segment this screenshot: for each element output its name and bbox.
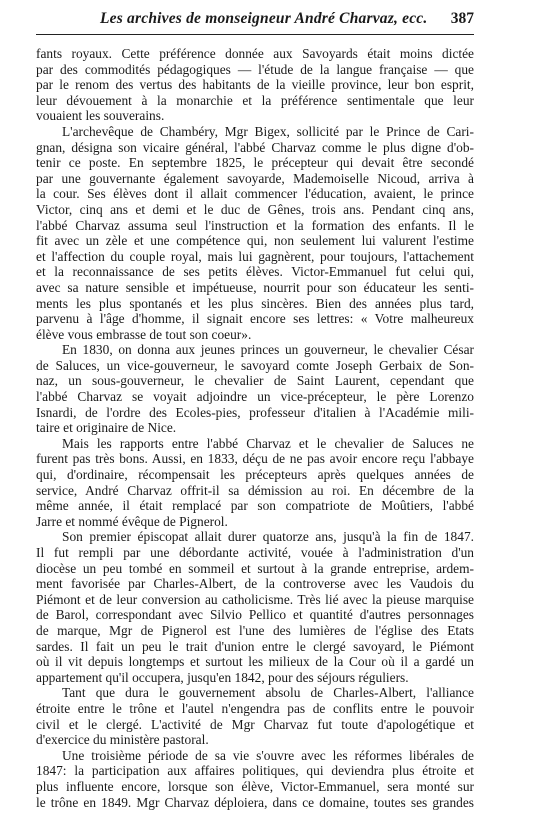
text-line: fants royaux. Cette préférence donnée au… xyxy=(36,46,474,62)
page-number: 387 xyxy=(451,10,474,28)
text-line: 1847: la participation aux affaires poli… xyxy=(36,763,474,779)
text-line: même année, il était remplacé par son co… xyxy=(36,498,474,514)
text-line: ment favorisée par Charles-Albert, de la… xyxy=(36,576,474,592)
text-line: Tant que dura le gouvernement absolu de … xyxy=(36,685,474,701)
text-line: l'abbé Charvaz assuma seul l'instruction… xyxy=(36,218,474,234)
text-line: qui, d'ordinaire, récompensait les préce… xyxy=(36,467,474,483)
text-line: taire et originaire de Nice. xyxy=(36,420,474,436)
text-line: le trône en 1849. Mgr Charvaz déploiera,… xyxy=(36,795,474,811)
text-line: service, André Charvaz offrit-il sa démi… xyxy=(36,483,474,499)
text-line: vouaient les souverains. xyxy=(36,108,474,124)
text-line: furent pas très bons. Aussi, en 1833, dé… xyxy=(36,451,474,467)
text-line: de marque, Mgr de Pignerol est l'une des… xyxy=(36,623,474,639)
text-line: fit avec un zèle et une compétence qui, … xyxy=(36,233,474,249)
text-line: En 1830, on donna aux jeunes princes un … xyxy=(36,342,474,358)
text-line: par une gouvernante également savoyarde,… xyxy=(36,171,474,187)
text-line: par le renom des vertus des habitants de… xyxy=(36,77,474,93)
text-line: Il fut rempli par une débordante activit… xyxy=(36,545,474,561)
text-line: de Barol, correspondant avec Silvio Pell… xyxy=(36,607,474,623)
running-header: Les archives de monseigneur André Charva… xyxy=(36,8,474,30)
text-line: par des commodités pédagogiques — l'étud… xyxy=(36,62,474,78)
text-line: plus influente encore, lorsque son élève… xyxy=(36,779,474,795)
text-line: et l'affection du couple royal, mais lui… xyxy=(36,249,474,265)
text-line: l'abbé Charvaz se voyait adjoindre un vi… xyxy=(36,389,474,405)
text-line: la cour. Ses élèves dont il allait comme… xyxy=(36,186,474,202)
text-line: Victor, cinq ans et demi et le duc de Gê… xyxy=(36,202,474,218)
text-line: de Saluces, un vice-gouverneur, le savoy… xyxy=(36,358,474,374)
text-line: Jarre et nommé évêque de Pignerol. xyxy=(36,514,474,530)
text-line: naz, un sous-gouverneur, le chevalier de… xyxy=(36,373,474,389)
text-line: ments les plus spontanés et les plus sin… xyxy=(36,296,474,312)
running-title: Les archives de monseigneur André Charva… xyxy=(100,10,427,28)
text-line: sardes. Il fait un peu le trait d'union … xyxy=(36,639,474,655)
body-text: fants royaux. Cette préférence donnée au… xyxy=(36,46,474,810)
text-line: civil et le clergé. L'activité de Mgr Ch… xyxy=(36,717,474,733)
text-line: Piémont et de leur conversion au catholi… xyxy=(36,592,474,608)
text-line: appartement qu'il occupera, jusqu'en 184… xyxy=(36,670,474,686)
text-line: parvenu à l'âge d'homme, il signait enco… xyxy=(36,311,474,327)
text-line: Mais les rapports entre l'abbé Charvaz e… xyxy=(36,436,474,452)
header-rule xyxy=(36,34,474,35)
text-line: L'archevêque de Chambéry, Mgr Bigex, sol… xyxy=(36,124,474,140)
text-line: Isnardi, de l'ordre des Ecoles-pies, pro… xyxy=(36,405,474,421)
text-line: leur dévouement à la monarchie et la pré… xyxy=(36,93,474,109)
text-line: gnan, désigna son vicaire général, l'abb… xyxy=(36,140,474,156)
text-line: et la reconnaissance de ses petits élève… xyxy=(36,264,474,280)
text-line: où il vit depuis longtemps et surtout le… xyxy=(36,654,474,670)
text-line: tenir ce poste. En septembre 1825, le pr… xyxy=(36,155,474,171)
text-line: d'exercice du ministère pastoral. xyxy=(36,732,474,748)
text-line: diocèse un peu tombé en sommeil et surto… xyxy=(36,561,474,577)
text-line: élève vous embrasse de tout son coeur». xyxy=(36,327,474,343)
text-line: Son premier épiscopat allait durer quato… xyxy=(36,529,474,545)
text-line: étroite entre le trône et l'autel n'enge… xyxy=(36,701,474,717)
text-line: Une troisième période de sa vie s'ouvre … xyxy=(36,748,474,764)
text-line: avec sa nature sensible et impétueuse, n… xyxy=(36,280,474,296)
